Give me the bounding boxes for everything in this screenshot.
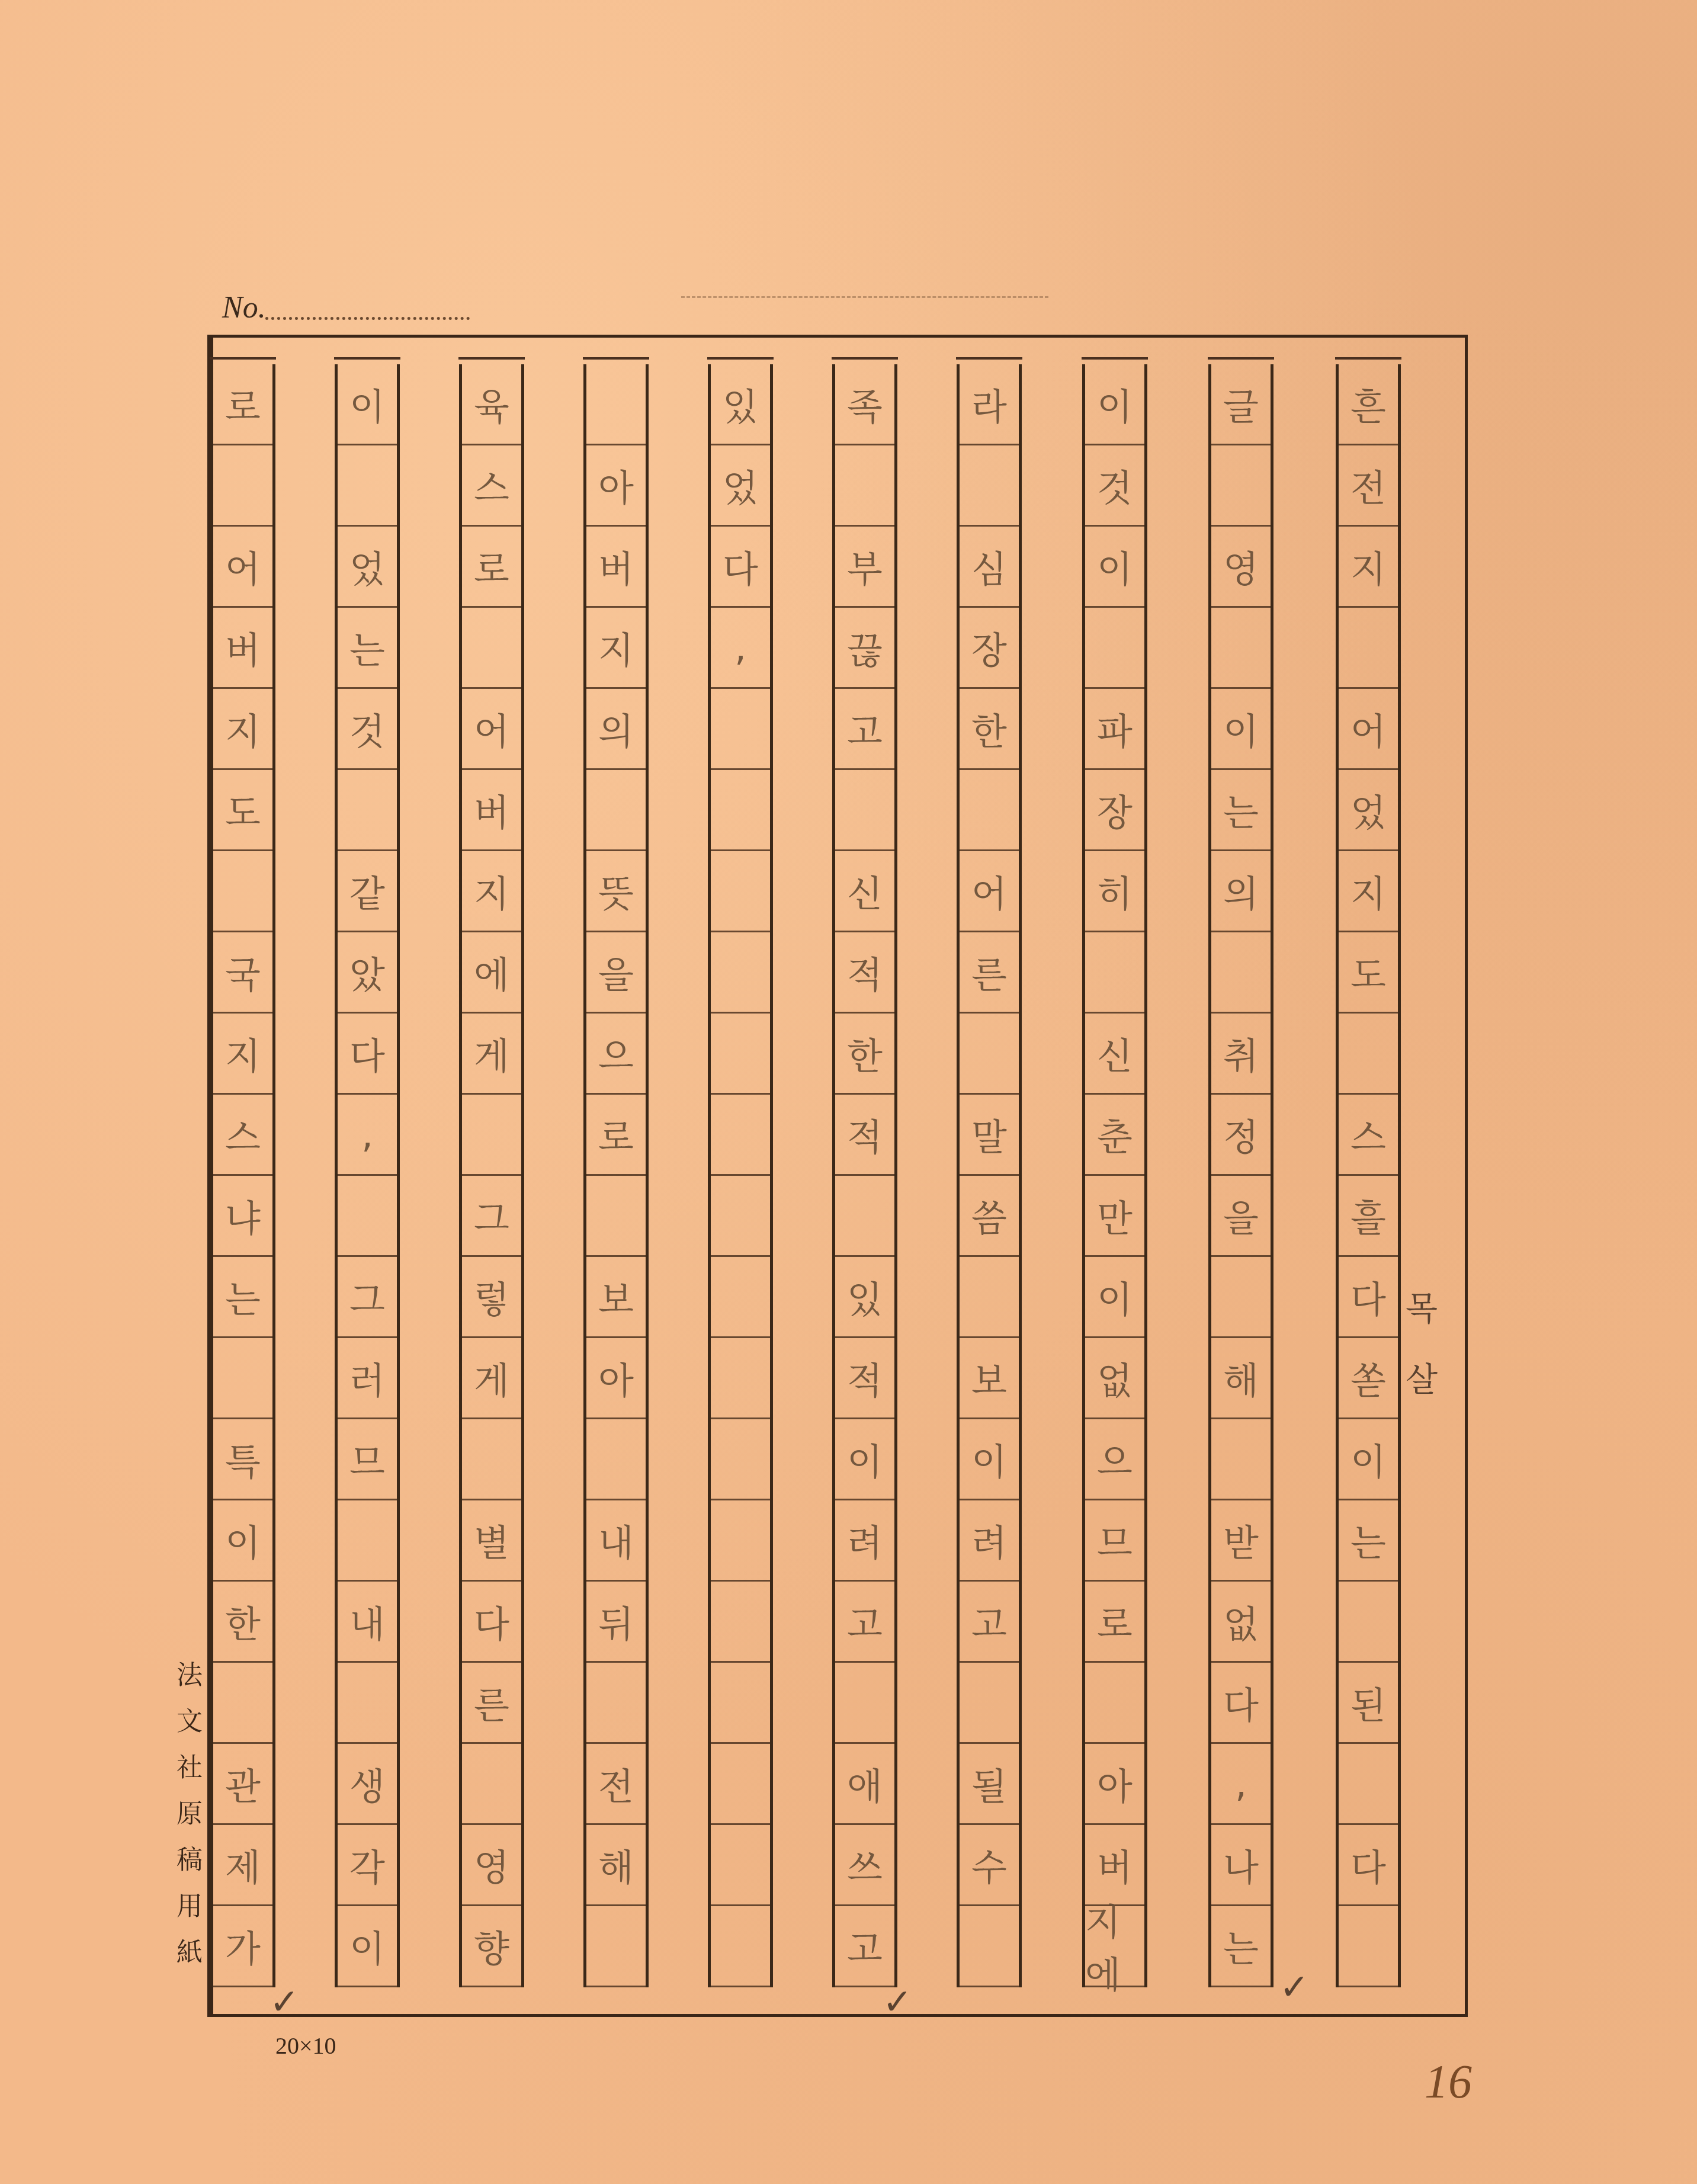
manuscript-cell: 있	[835, 1257, 894, 1338]
manuscript-cell	[711, 770, 770, 851]
manuscript-cell: 고	[835, 1582, 894, 1663]
manuscript-column: 아버지의뜻을으로보아내뒤전해	[583, 364, 649, 1987]
check-mark-icon: ✓	[883, 1981, 912, 2023]
page-number-blank-line	[265, 317, 470, 320]
manuscript-cell	[462, 608, 521, 689]
manuscript-cell	[835, 770, 894, 851]
manuscript-cell: 을	[1211, 1176, 1271, 1257]
manuscript-column: 라심장한어른말씀보이려고될수	[957, 364, 1022, 1987]
manuscript-cell	[711, 1825, 770, 1906]
manuscript-cell: 내	[586, 1500, 646, 1582]
manuscript-cell	[711, 1014, 770, 1095]
column-top-rule	[210, 357, 276, 360]
column-top-rule	[832, 357, 898, 360]
manuscript-cell: 육	[462, 364, 521, 445]
manuscript-cell	[1085, 932, 1144, 1014]
manuscript-cell: 그	[462, 1176, 521, 1257]
manuscript-cell: 제	[213, 1825, 272, 1906]
manuscript-cell	[462, 1095, 521, 1176]
manuscript-cell: 다	[1211, 1663, 1271, 1744]
manuscript-cell	[338, 1176, 397, 1257]
manuscript-cell: 어	[462, 689, 521, 770]
manuscript-cell	[1339, 1906, 1398, 1987]
manuscript-cell	[960, 1257, 1019, 1338]
manuscript-cell	[586, 364, 646, 445]
manuscript-cell: 것	[1085, 445, 1144, 527]
manuscript-cell: 었	[1339, 770, 1398, 851]
manuscript-cell: 장	[960, 608, 1019, 689]
manuscript-cell	[711, 1582, 770, 1663]
column-top-rule	[458, 357, 525, 360]
manuscript-cell	[960, 770, 1019, 851]
manuscript-cell: 이	[1085, 527, 1144, 608]
manuscript-cell: 로	[586, 1095, 646, 1176]
manuscript-cell: 적	[835, 1338, 894, 1419]
publisher-label-char: 文	[172, 1699, 207, 1745]
manuscript-cell: 러	[338, 1338, 397, 1419]
manuscript-cell: 었	[711, 445, 770, 527]
manuscript-column: 이었는것같았다,그러므내생각이	[335, 364, 400, 1987]
manuscript-cell: 보	[586, 1257, 646, 1338]
manuscript-cell	[1211, 1419, 1271, 1500]
manuscript-cell: ,	[338, 1095, 397, 1176]
manuscript-column: 족부끊고신적한적있적이려고애쓰고	[832, 364, 897, 1987]
manuscript-cell: 이	[1085, 364, 1144, 445]
column-top-rule	[583, 357, 649, 360]
manuscript-cell: 라	[960, 364, 1019, 445]
manuscript-column: 로어버지도국지스냐는특이한관제가	[210, 364, 275, 1987]
manuscript-cell	[711, 1338, 770, 1419]
manuscript-cell: 이	[835, 1419, 894, 1500]
manuscript-cell	[462, 1744, 521, 1825]
manuscript-cell: 버	[586, 527, 646, 608]
manuscript-cell: 이	[960, 1419, 1019, 1500]
manuscript-cell	[711, 1095, 770, 1176]
manuscript-cell	[711, 1419, 770, 1500]
manuscript-cell	[586, 1419, 646, 1500]
manuscript-cell: 된	[1339, 1663, 1398, 1744]
manuscript-cell: 지	[586, 608, 646, 689]
manuscript-cell: 별	[462, 1500, 521, 1582]
column-top-rule	[1335, 357, 1401, 360]
manuscript-cell	[338, 770, 397, 851]
manuscript-cell: 심	[960, 527, 1019, 608]
manuscript-column: 이것이파장히신춘만이없으므로아버지에	[1082, 364, 1147, 1987]
manuscript-cell: 끊	[835, 608, 894, 689]
manuscript-cell: 는	[1211, 1906, 1271, 1987]
manuscript-cell: 가	[213, 1906, 272, 1987]
column-top-rule	[1082, 357, 1148, 360]
manuscript-cell	[213, 1663, 272, 1744]
manuscript-cell: 특	[213, 1419, 272, 1500]
manuscript-cell: 아	[586, 445, 646, 527]
manuscript-cell: 장	[1085, 770, 1144, 851]
column-top-rule	[1208, 357, 1274, 360]
manuscript-cell	[462, 1419, 521, 1500]
manuscript-cell	[711, 851, 770, 932]
margin-insertion-char: 살	[1404, 1345, 1439, 1416]
manuscript-cell: 생	[338, 1744, 397, 1825]
manuscript-cell: 을	[586, 932, 646, 1014]
manuscript-cell: 지	[1339, 527, 1398, 608]
manuscript-cell: 향	[462, 1906, 521, 1987]
manuscript-cell	[586, 1176, 646, 1257]
manuscript-cell: 뒤	[586, 1582, 646, 1663]
manuscript-cell	[213, 1338, 272, 1419]
manuscript-cell: 지	[213, 689, 272, 770]
manuscript-cell: 흔	[1339, 364, 1398, 445]
manuscript-cell	[338, 1663, 397, 1744]
manuscript-cell: 말	[960, 1095, 1019, 1176]
manuscript-cell: 한	[835, 1014, 894, 1095]
manuscript-cell: 는	[213, 1257, 272, 1338]
manuscript-cell: 씀	[960, 1176, 1019, 1257]
publisher-label-char: 用	[172, 1884, 207, 1930]
manuscript-cell	[711, 932, 770, 1014]
manuscript-cell: 다	[1339, 1825, 1398, 1906]
manuscript-cell: 로	[213, 364, 272, 445]
manuscript-cell: 냐	[213, 1176, 272, 1257]
publisher-label: 法文社原稿用紙	[172, 1653, 207, 1976]
manuscript-cell: 부	[835, 527, 894, 608]
manuscript-cell: 므	[338, 1419, 397, 1500]
manuscript-cell: 는	[1211, 770, 1271, 851]
publisher-label-char: 法	[172, 1653, 207, 1699]
manuscript-cell: 는	[338, 608, 397, 689]
manuscript-cell	[1339, 1744, 1398, 1825]
manuscript-cell	[711, 1257, 770, 1338]
manuscript-cell: 로	[462, 527, 521, 608]
manuscript-cell: 없	[1211, 1582, 1271, 1663]
manuscript-cell: 신	[1085, 1014, 1144, 1095]
margin-insertion-note: 목살	[1404, 1274, 1439, 1416]
manuscript-cell: 만	[1085, 1176, 1144, 1257]
manuscript-cell: 는	[1339, 1500, 1398, 1582]
manuscript-cell: 이	[1339, 1419, 1398, 1500]
manuscript-cell	[711, 1744, 770, 1825]
manuscript-cell	[586, 770, 646, 851]
manuscript-cell	[960, 1663, 1019, 1744]
manuscript-cell: 국	[213, 932, 272, 1014]
manuscript-cell	[960, 1014, 1019, 1095]
manuscript-cell: 어	[1339, 689, 1398, 770]
manuscript-cell: 지	[462, 851, 521, 932]
manuscript-cell	[1211, 1257, 1271, 1338]
manuscript-cell: 적	[835, 1095, 894, 1176]
manuscript-cell: 로	[1085, 1582, 1144, 1663]
handwritten-page-number: 16	[1425, 2055, 1472, 2109]
manuscript-cell	[586, 1663, 646, 1744]
manuscript-cell: 이	[1211, 689, 1271, 770]
manuscript-cell: 렇	[462, 1257, 521, 1338]
manuscript-cell	[213, 851, 272, 932]
manuscript-cell	[960, 445, 1019, 527]
manuscript-cell: 춘	[1085, 1095, 1144, 1176]
manuscript-cell: 쓰	[835, 1825, 894, 1906]
publisher-label-char: 社	[172, 1745, 207, 1791]
manuscript-cell: 그	[338, 1257, 397, 1338]
manuscript-cell	[1085, 1663, 1144, 1744]
manuscript-cell: 한	[960, 689, 1019, 770]
manuscript-column: 육스로어버지에게그렇게별다른영향	[459, 364, 524, 1987]
check-mark-icon: ✓	[270, 1981, 299, 2023]
manuscript-cell: 의	[1211, 851, 1271, 932]
manuscript-cell: 적	[835, 932, 894, 1014]
manuscript-cell: 지	[213, 1014, 272, 1095]
column-top-rule	[707, 357, 774, 360]
check-mark-icon: ✓	[1279, 1967, 1309, 2008]
publisher-label-char: 紙	[172, 1930, 207, 1976]
manuscript-cell	[1339, 1014, 1398, 1095]
manuscript-cell: 족	[835, 364, 894, 445]
manuscript-cell	[213, 445, 272, 527]
page-number-label: No.	[222, 290, 266, 325]
manuscript-cell: 쏟	[1339, 1338, 1398, 1419]
manuscript-cell: 관	[213, 1744, 272, 1825]
manuscript-cell: 받	[1211, 1500, 1271, 1582]
manuscript-cell: 파	[1085, 689, 1144, 770]
manuscript-cell: 될	[960, 1744, 1019, 1825]
manuscript-cell	[835, 445, 894, 527]
manuscript-cell: 나	[1211, 1825, 1271, 1906]
manuscript-cell: 도	[1339, 932, 1398, 1014]
manuscript-cell	[338, 1500, 397, 1582]
manuscript-cell: 다	[462, 1582, 521, 1663]
manuscript-cell	[1339, 1582, 1398, 1663]
manuscript-cell	[835, 1176, 894, 1257]
manuscript-cell: 전	[1339, 445, 1398, 527]
manuscript-cell: 고	[960, 1582, 1019, 1663]
manuscript-cell: 이	[338, 1906, 397, 1987]
manuscript-cell: 해	[1211, 1338, 1271, 1419]
manuscript-cell	[835, 1663, 894, 1744]
manuscript-cell: 으	[586, 1014, 646, 1095]
manuscript-cell: 수	[960, 1825, 1019, 1906]
manuscript-cell: 흘	[1339, 1176, 1398, 1257]
manuscript-cell: 게	[462, 1014, 521, 1095]
manuscript-cell: 이	[1085, 1257, 1144, 1338]
margin-insertion-char: 목	[1404, 1274, 1439, 1345]
manuscript-cell: 스	[1339, 1095, 1398, 1176]
manuscript-cell	[711, 1663, 770, 1744]
manuscript-cell	[711, 1906, 770, 1987]
manuscript-cell: 각	[338, 1825, 397, 1906]
manuscript-cell	[1085, 608, 1144, 689]
manuscript-cell: 뜻	[586, 851, 646, 932]
manuscript-cell: 정	[1211, 1095, 1271, 1176]
manuscript-cell: 른	[462, 1663, 521, 1744]
manuscript-cell: 취	[1211, 1014, 1271, 1095]
faint-top-mark	[681, 296, 1048, 298]
manuscript-cell	[711, 1176, 770, 1257]
manuscript-column: 있었다,	[708, 364, 773, 1987]
manuscript-cell	[960, 1906, 1019, 1987]
manuscript-cell: ,	[1211, 1744, 1271, 1825]
manuscript-cell: 게	[462, 1338, 521, 1419]
manuscript-cell: 한	[213, 1582, 272, 1663]
manuscript-cell	[711, 1500, 770, 1582]
manuscript-cell: 같	[338, 851, 397, 932]
manuscript-cell: ,	[711, 608, 770, 689]
manuscript-cell: 고	[835, 689, 894, 770]
manuscript-cell: 애	[835, 1744, 894, 1825]
manuscript-cell: 버	[462, 770, 521, 851]
manuscript-column: 흔전지어었지도스흘다쏟이는된다	[1336, 364, 1401, 1987]
manuscript-cell: 이	[213, 1500, 272, 1582]
manuscript-cell: 어	[213, 527, 272, 608]
manuscript-cell	[586, 1906, 646, 1987]
manuscript-cell	[338, 445, 397, 527]
manuscript-cell: 없	[1085, 1338, 1144, 1419]
manuscript-cell	[1339, 608, 1398, 689]
manuscript-cell: 스	[213, 1095, 272, 1176]
manuscript-cell: 영	[462, 1825, 521, 1906]
manuscript-cell	[1211, 608, 1271, 689]
manuscript-cell: 려	[835, 1500, 894, 1582]
publisher-label-char: 稿	[172, 1837, 207, 1884]
manuscript-cell: 지에	[1085, 1906, 1144, 1987]
manuscript-cell: 고	[835, 1906, 894, 1987]
manuscript-cell: 글	[1211, 364, 1271, 445]
column-top-rule	[334, 357, 400, 360]
manuscript-cell: 른	[960, 932, 1019, 1014]
manuscript-cell: 도	[213, 770, 272, 851]
manuscript-cell: 버	[213, 608, 272, 689]
manuscript-cell: 영	[1211, 527, 1271, 608]
grid-size-label: 20×10	[275, 2032, 336, 2060]
manuscript-cell: 이	[338, 364, 397, 445]
manuscript-cell: 의	[586, 689, 646, 770]
manuscript-cell: 해	[586, 1825, 646, 1906]
manuscript-cell: 어	[960, 851, 1019, 932]
manuscript-cell: 아	[1085, 1744, 1144, 1825]
publisher-label-char: 原	[172, 1791, 207, 1837]
manuscript-cell: 었	[338, 527, 397, 608]
manuscript-cell: 있	[711, 364, 770, 445]
manuscript-cell: 히	[1085, 851, 1144, 932]
manuscript-cell: 려	[960, 1500, 1019, 1582]
manuscript-cell	[1211, 932, 1271, 1014]
manuscript-cell	[1211, 445, 1271, 527]
manuscript-cell: 다	[1339, 1257, 1398, 1338]
manuscript-cell: 아	[586, 1338, 646, 1419]
manuscript-cell: 스	[462, 445, 521, 527]
manuscript-cell: 에	[462, 932, 521, 1014]
manuscript-cell: 전	[586, 1744, 646, 1825]
manuscript-cell: 다	[711, 527, 770, 608]
manuscript-cell: 내	[338, 1582, 397, 1663]
manuscript-cell: 보	[960, 1338, 1019, 1419]
manuscript-cell	[711, 689, 770, 770]
manuscript-column: 글영이는의취정을해받없다,나는	[1208, 364, 1273, 1987]
manuscript-cell: 다	[338, 1014, 397, 1095]
manuscript-cell: 므	[1085, 1500, 1144, 1582]
manuscript-cell: 것	[338, 689, 397, 770]
manuscript-cell: 으	[1085, 1419, 1144, 1500]
manuscript-cell: 았	[338, 932, 397, 1014]
column-top-rule	[956, 357, 1022, 360]
manuscript-cell: 신	[835, 851, 894, 932]
manuscript-cell: 지	[1339, 851, 1398, 932]
